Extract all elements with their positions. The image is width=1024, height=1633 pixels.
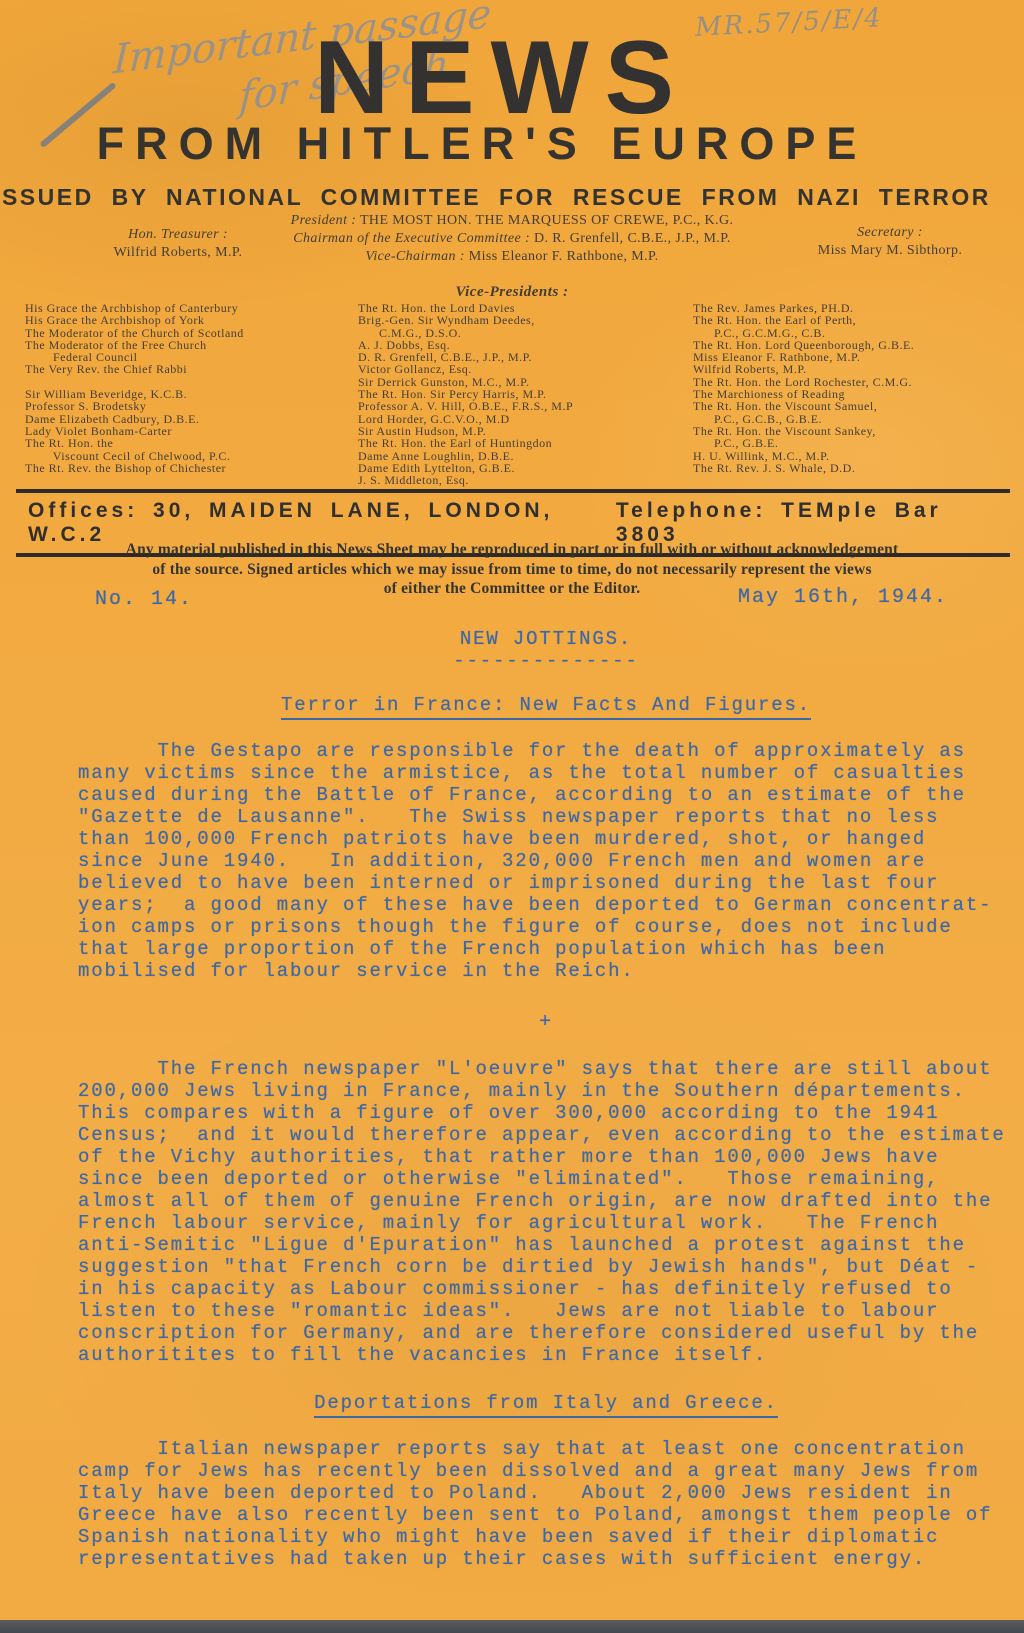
article1-paragraph-1: The Gestapo are responsible for the deat…: [78, 740, 1014, 982]
treasurer-block: Hon. Treasurer : Wilfrid Roberts, M.P.: [78, 226, 278, 262]
vice-president-name: His Grace the Archbishop of York: [25, 314, 335, 326]
masthead-title: NEWS: [0, 26, 1014, 130]
vice-president-name: P.C., G.B.E.: [693, 437, 1013, 449]
vice-president-name: J. S. Middleton, Esq.: [358, 474, 668, 486]
vice-president-name: The Rt. Hon. the Viscount Samuel,: [693, 400, 1013, 412]
secretary-name: Miss Mary M. Sibthorp.: [790, 242, 990, 260]
vice-president-name: The Rt. Hon. the Earl of Huntingdon: [358, 437, 668, 449]
president-line: President : THE MOST HON. THE MARQUESS O…: [232, 212, 792, 230]
news-sheet-page: Important passage for speech MR.57/5/E/4…: [0, 0, 1024, 1633]
vice-president-name: Victor Gollancz, Esq.: [358, 363, 668, 375]
vice-president-name: The Rt. Rev. J. S. Whale, D.D.: [693, 462, 1013, 474]
vice-presidents-column-3: The Rev. James Parkes, PH.D.The Rt. Hon.…: [693, 302, 1013, 474]
masthead-subtitle: FROM HITLER'S EUROPE: [0, 118, 994, 170]
vice-chairman-name: Miss Eleanor F. Rathbone, M.P.: [469, 249, 659, 264]
article1-paragraph-2: The French newspaper "L'oeuvre" says tha…: [78, 1058, 1014, 1366]
president-label: President :: [291, 213, 357, 228]
article2-heading-wrap: Deportations from Italy and Greece.: [78, 1392, 1014, 1418]
secretary-label: Secretary :: [790, 224, 990, 242]
scan-edge-band: [0, 1620, 1024, 1633]
vice-president-name: The Rt. Hon. the Earl of Perth,: [693, 314, 1013, 326]
vice-chairman-line: Vice-Chairman : Miss Eleanor F. Rathbone…: [232, 248, 792, 266]
issued-by-line: ISSUED BY NATIONAL COMMITTEE FOR RESCUE …: [0, 184, 1004, 211]
vice-president-name: H. U. Willink, M.C., M.P.: [693, 450, 1013, 462]
section-separator-plus: +: [78, 1012, 1014, 1034]
officers-center-column: President : THE MOST HON. THE MARQUESS O…: [232, 212, 792, 266]
vice-president-name: Brig.-Gen. Sir Wyndham Deedes,: [358, 314, 668, 326]
vice-presidents-heading: Vice-Presidents :: [0, 284, 1024, 301]
treasurer-name: Wilfrid Roberts, M.P.: [78, 244, 278, 262]
vice-presidents-column-2: The Rt. Hon. the Lord DaviesBrig.-Gen. S…: [358, 302, 668, 486]
issue-number: No. 14.: [95, 588, 193, 611]
chairman-label: Chairman of the Executive Committee :: [293, 231, 530, 246]
vice-chairman-label: Vice-Chairman :: [365, 249, 464, 264]
article1-heading-wrap: Terror in France: New Facts And Figures.: [78, 694, 1014, 720]
section-title-rule: --------------: [78, 650, 1014, 672]
secretary-block: Secretary : Miss Mary M. Sibthorp.: [790, 224, 990, 260]
article2-heading: Deportations from Italy and Greece.: [314, 1392, 778, 1418]
vice-president-name: The Rt. Hon. the: [25, 437, 335, 449]
vice-president-name: Wilfrid Roberts, M.P.: [693, 363, 1013, 375]
vice-presidents-column-1: His Grace the Archbishop of CanterburyHi…: [25, 302, 335, 474]
treasurer-label: Hon. Treasurer :: [78, 226, 278, 244]
president-name: THE MOST HON. THE MARQUESS OF CREWE, P.C…: [360, 213, 733, 228]
vice-president-name: The Very Rev. the Chief Rabbi: [25, 363, 335, 375]
chairman-name: D. R. Grenfell, C.B.E., J.P., M.P.: [534, 231, 731, 246]
chairman-line: Chairman of the Executive Committee : D.…: [232, 230, 792, 248]
vice-president-name: Professor A. V. Hill, O.B.E., F.R.S., M.…: [358, 400, 668, 412]
vice-president-name: Dame Anne Loughlin, D.B.E.: [358, 450, 668, 462]
vice-president-name: The Rt. Rev. the Bishop of Chichester: [25, 462, 335, 474]
vice-president-name: Viscount Cecil of Chelwood, P.C.: [25, 450, 335, 462]
vice-president-name: Professor S. Brodetsky: [25, 400, 335, 412]
section-title: NEW JOTTINGS.: [78, 628, 1014, 650]
issue-date: May 16th, 1944.: [738, 586, 948, 609]
article2-paragraph-1: Italian newspaper reports say that at le…: [78, 1438, 1014, 1570]
article1-heading: Terror in France: New Facts And Figures.: [281, 694, 811, 720]
